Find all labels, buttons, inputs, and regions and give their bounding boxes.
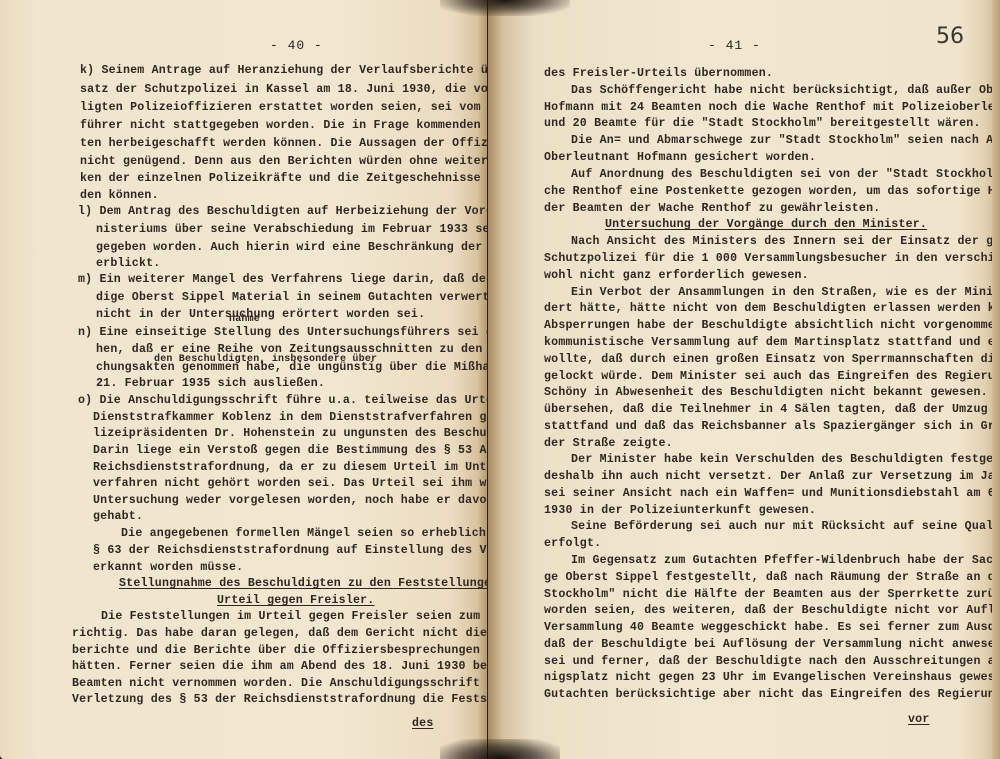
text-line: Untersuchung weder vorgelesen worden, no… <box>93 494 487 508</box>
text-line: satz der Schutzpolizei in Kassel am 18. … <box>80 83 487 97</box>
text-line: l) Dem Antrag des Beschuldigten auf Herb… <box>78 205 487 219</box>
text-line: wohl nicht ganz erforderlich gewesen. <box>544 269 809 283</box>
text-line: nigsplatz nicht gegen 23 Uhr im Evangeli… <box>544 671 1000 685</box>
text-line: nicht in der Untersuchung erörtert worde… <box>96 308 425 322</box>
text-line: m) Ein weiterer Mangel des Verfahrens li… <box>78 273 487 287</box>
text-line: nicht genügend. Denn aus den Berichten w… <box>80 155 487 169</box>
text-line: Die Feststellungen im Urteil gegen Freis… <box>101 610 487 624</box>
text-line: sei und ferner, daß der Beschuldigte nac… <box>544 655 1000 669</box>
text-line: gelockt würde. Dem Minister sei auch das… <box>544 370 1000 384</box>
text-line: ge Oberst Sippel festgestellt, daß nach … <box>544 571 1000 585</box>
text-line: Oberleutnant Hofmann gesichert worden. <box>544 151 816 165</box>
catchword: vor <box>908 713 929 727</box>
text-line: Hofmann mit 24 Beamten noch die Wache Re… <box>544 101 1000 115</box>
text-line: Ein Verbot der Ansammlungen in den Straß… <box>571 286 1000 300</box>
text-line: gehabt. <box>93 510 143 524</box>
text-line: Dienststrafkammer Koblenz in dem Diensts… <box>93 411 487 425</box>
catchword: des <box>412 717 433 731</box>
text-line: erkannt worden müsse. <box>93 561 243 575</box>
text-line: deshalb ihn auch nicht versetzt. Der Anl… <box>544 470 1000 484</box>
text-line: Versammlung 40 Beamte weggeschickt habe.… <box>544 621 1000 635</box>
archive-folio-number: 56 <box>936 24 964 49</box>
text-line: Darin liege ein Verstoß gegen die Bestim… <box>93 444 487 458</box>
text-line: n) Eine einseitige Stellung des Untersuc… <box>78 326 487 340</box>
text-line: Das Schöffengericht habe nicht berücksic… <box>571 84 1000 98</box>
interlinear-insertion: den Beschuldigten, insbesondere über <box>154 353 377 367</box>
spine-shadow <box>440 739 560 759</box>
text-line: führer nicht stattgegeben worden. Die in… <box>80 119 487 133</box>
text-line: der Beamten der Wache Renthof zu gewährl… <box>544 202 880 216</box>
section-heading: Stellungnahme des Beschuldigten zu den F… <box>119 577 487 591</box>
text-line: Gutachten berücksichtige aber nicht das … <box>544 688 1000 702</box>
text-line: worden seien, des weiteren, daß der Besc… <box>544 604 1000 618</box>
text-line: ken der einzelnen Polizeikräfte und die … <box>80 172 487 186</box>
text-line: gegeben worden. Auch hierin wird eine Be… <box>96 241 487 255</box>
text-line: richtig. Das habe daran gelegen, daß dem… <box>72 627 487 641</box>
text-line: Die angegebenen formellen Mängel seien s… <box>121 527 487 541</box>
text-line: Absperrungen habe der Beschuldigte absic… <box>544 319 1000 333</box>
text-line: Nach Ansicht des Ministers des Innern se… <box>571 235 1000 249</box>
text-line: übersehen, daß die Teilnehmer in 4 Sälen… <box>544 403 1000 417</box>
text-line: des Freisler-Urteils übernommen. <box>544 67 773 81</box>
text-line: Im Gegensatz zum Gutachten Pfeffer-Wilde… <box>571 554 1000 568</box>
text-line: k) Seinem Antrage auf Heranziehung der V… <box>80 64 487 78</box>
text-line: kommunistische Versammlung auf dem Marti… <box>544 336 1000 350</box>
spine-shadow <box>440 0 570 16</box>
text-line: Beamten nicht vernommen worden. Die Ansc… <box>72 677 487 691</box>
left-page: - 40 - k) Seinem Antrage auf Heranziehun… <box>0 0 487 759</box>
text-line: und 20 Beamte für die "Stadt Stockholm" … <box>544 117 981 131</box>
text-line: erblickt. <box>96 257 160 271</box>
text-line: lizeipräsidenten Dr. Hohenstein zu ungun… <box>93 427 487 441</box>
text-line: ten herbeigeschafft werden können. Die A… <box>80 137 487 151</box>
text-line: ligten Polizeioffizieren erstattet worde… <box>80 101 487 115</box>
open-book: - 40 - k) Seinem Antrage auf Heranziehun… <box>0 0 1000 759</box>
text-line: wollte, daß durch einen großen Einsatz v… <box>544 353 1000 367</box>
text-line: den können. <box>80 189 159 203</box>
section-heading: Urteil gegen Freisler. <box>217 594 374 608</box>
text-line: dige Oberst Sippel Material in seinem Gu… <box>96 291 487 305</box>
text-line: erfolgt. <box>544 537 601 551</box>
text-line: Schöny in Abwesenheit des Beschuldigten … <box>544 386 1000 400</box>
text-line: Reichsdienststrafordnung, da er zu diese… <box>93 461 487 475</box>
text-line: dert hätte, hätte nicht von dem Beschuld… <box>544 302 1000 316</box>
text-line: § 63 der Reichsdienststrafordnung auf Ei… <box>93 544 487 558</box>
text-line: Stockholm" nicht die Hälfte der Beamten … <box>544 588 1000 602</box>
text-line: hätten. Ferner seien die ihm am Abend de… <box>72 660 487 674</box>
text-line: Schutzpolizei für die 1 000 Versammlungs… <box>544 252 1000 266</box>
text-line: Die An= und Abmarschwege zur "Stadt Stoc… <box>571 134 1000 148</box>
page-number: - 41 - <box>708 38 761 53</box>
text-line: berichte und die Berichte über die Offiz… <box>72 644 487 658</box>
text-line: che Renthof eine Postenkette gezogen wor… <box>544 185 1000 199</box>
right-page: - 41 - 56 des Freisler-Urteils übernomme… <box>488 0 1000 759</box>
text-line: Verletzung des § 53 der Reichsdienststra… <box>72 693 487 707</box>
text-line: 21. Februar 1935 sich ausließen. <box>96 377 325 391</box>
section-heading: Untersuchung der Vorgänge durch den Mini… <box>605 218 927 232</box>
text-line: stattfand und daß das Reichsbanner als S… <box>544 420 1000 434</box>
text-line: verfahren nicht gehört worden sei. Das U… <box>93 477 487 491</box>
page-edge <box>992 0 1000 759</box>
text-line: sei seiner Ansicht nach ein Waffen= und … <box>544 487 1000 501</box>
text-line: o) Die Anschuldigungsschrift führe u.a. … <box>78 394 487 408</box>
text-line: der Straße zeigte. <box>544 437 673 451</box>
interlinear-insertion: nahme <box>229 313 260 327</box>
text-line: 1930 in der Polizeiunterkunft gewesen. <box>544 504 816 518</box>
page-number: - 40 - <box>270 38 323 53</box>
text-line: Auf Anordnung des Beschuldigten sei von … <box>571 168 1000 182</box>
text-line: nisteriums über seine Verabschiedung im … <box>96 223 487 237</box>
text-line: Seine Beförderung sei auch nur mit Rücks… <box>571 520 1000 534</box>
text-line: Der Minister habe kein Verschulden des B… <box>571 453 1000 467</box>
text-line: daß der Beschuldigte bei Auflösung der V… <box>544 638 1000 652</box>
